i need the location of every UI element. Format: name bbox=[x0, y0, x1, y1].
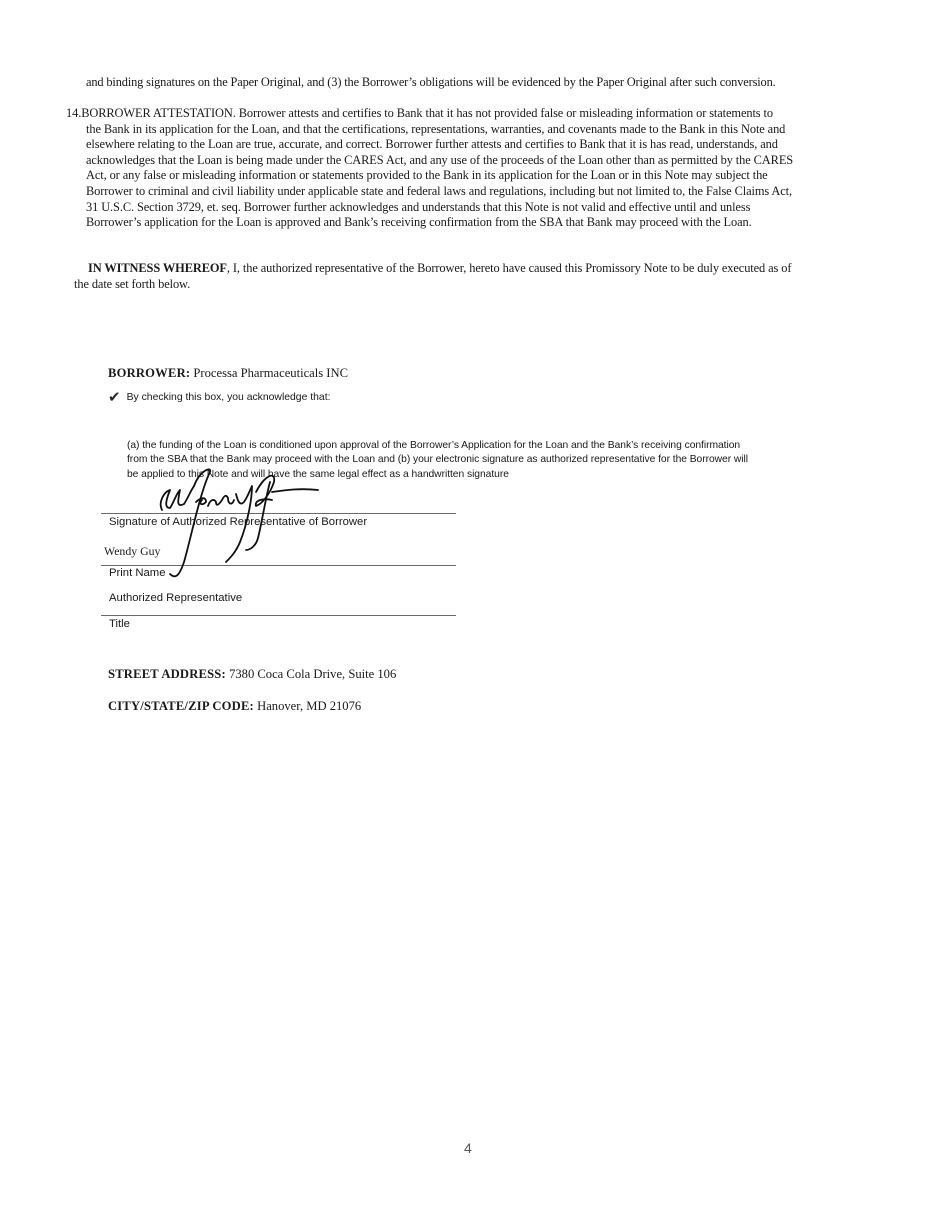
witness-text: , I, the authorized representative of th… bbox=[227, 261, 791, 275]
section-14-line-1: 14.BORROWER ATTESTATION. Borrower attest… bbox=[66, 106, 860, 122]
acknowledgement-checkbox[interactable]: ✔ By checking this box, you acknowledge … bbox=[108, 390, 330, 405]
borrower-name: Processa Pharmaceuticals INC bbox=[193, 366, 348, 380]
print-name-line bbox=[101, 565, 456, 566]
borrower-label: BORROWER: bbox=[108, 366, 190, 380]
borrower-line: BORROWER: Processa Pharmaceuticals INC bbox=[108, 366, 348, 381]
section-text: Borrower attests and certifies to Bank t… bbox=[239, 106, 773, 120]
acknowledgement-line: be applied to this Note and will have th… bbox=[127, 468, 827, 482]
continuation-paragraph: and binding signatures on the Paper Orig… bbox=[86, 75, 886, 90]
witness-line-2: the date set forth below. bbox=[74, 277, 866, 293]
signature-line bbox=[101, 513, 456, 514]
section-heading: BORROWER ATTESTATION. bbox=[81, 106, 236, 120]
street-address-label: STREET ADDRESS: bbox=[108, 667, 226, 681]
title-line bbox=[101, 615, 456, 616]
title-label: Title bbox=[109, 618, 130, 630]
print-name-label: Print Name bbox=[109, 567, 166, 579]
street-address: STREET ADDRESS: 7380 Coca Cola Drive, Su… bbox=[108, 667, 396, 682]
section-14-borrower-attestation: 14.BORROWER ATTESTATION. Borrower attest… bbox=[66, 106, 860, 231]
section-14-line: 31 U.S.C. Section 3729, et. seq. Borrowe… bbox=[86, 200, 860, 216]
city-state-zip-value: Hanover, MD 21076 bbox=[257, 699, 361, 713]
section-14-line: acknowledges that the Loan is being made… bbox=[86, 153, 860, 169]
witness-lead: IN WITNESS WHEREOF bbox=[88, 261, 227, 275]
page-number: 4 bbox=[464, 1140, 472, 1156]
witness-paragraph: IN WITNESS WHEREOF, I, the authorized re… bbox=[74, 261, 866, 292]
street-address-value: 7380 Coca Cola Drive, Suite 106 bbox=[229, 667, 396, 681]
check-mark-icon: ✔ bbox=[108, 390, 121, 405]
city-state-zip: CITY/STATE/ZIP CODE: Hanover, MD 21076 bbox=[108, 699, 361, 714]
acknowledgement-line: from the SBA that the Bank may proceed w… bbox=[127, 453, 827, 467]
signature-label: Signature of Authorized Representative o… bbox=[109, 516, 367, 528]
section-14-line: elsewhere relating to the Loan are true,… bbox=[86, 137, 860, 153]
title-value: Authorized Representative bbox=[109, 592, 242, 604]
witness-line-1: IN WITNESS WHEREOF, I, the authorized re… bbox=[88, 261, 866, 277]
section-number: 14. bbox=[66, 106, 81, 120]
section-14-line: Borrower’s application for the Loan is a… bbox=[86, 215, 860, 231]
section-14-line: Borrower to criminal and civil liability… bbox=[86, 184, 860, 200]
section-14-line: the Bank in its application for the Loan… bbox=[86, 122, 860, 138]
acknowledgement-line: (a) the funding of the Loan is condition… bbox=[127, 439, 827, 453]
acknowledgement-text: (a) the funding of the Loan is condition… bbox=[127, 439, 827, 482]
section-14-line: Act, or any false or misleading informat… bbox=[86, 168, 860, 184]
print-name-value: Wendy Guy bbox=[104, 544, 160, 559]
city-state-zip-label: CITY/STATE/ZIP CODE: bbox=[108, 699, 254, 713]
acknowledgement-label: By checking this box, you acknowledge th… bbox=[127, 392, 331, 403]
